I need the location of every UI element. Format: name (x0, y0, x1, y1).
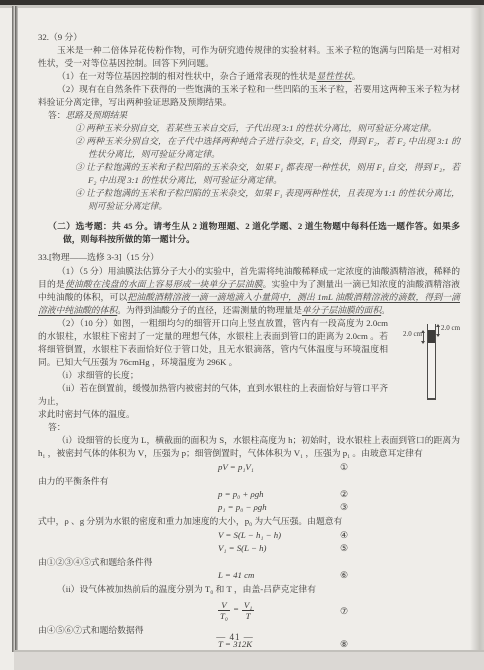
equation-3-expr: p₁ = p₀ − ρgh (218, 502, 267, 512)
q33-rho-text: 式中，ρ 、g 分别为水银的密度和重力加速度的大小，p₀ 为大气压强。由题意有 (38, 515, 460, 528)
mercury-column (428, 330, 435, 343)
equation-6-expr: L = 41 cm (218, 570, 254, 580)
item-3-number: ③ (75, 162, 84, 172)
item-1-number: ① (75, 123, 84, 133)
equation-4-expr: V = S(L − h₁ − h) (218, 530, 281, 540)
q32-part1-answer-blank: 显性性状 (317, 71, 352, 81)
book-spine-shadow (12, 6, 18, 652)
q33-solution-i: （i）设细管的长度为 L，横截面的面积为 S，水银柱高度为 h；初始时，设水银柱… (38, 434, 460, 460)
q33-solution-ii: （ii）设气体被加热前后的温度分别为 T₀ 和 T ，由盖-吕萨克定律有 (38, 583, 460, 596)
mercury-measure-arrow (423, 331, 424, 343)
tube-figure: 2.0 cm 2.0 cm (396, 317, 460, 403)
item-2-text: 两种玉米分别自交，在子代中选择两种纯合子进行杂交，F₁ 自交，得到 F₂，若 F… (86, 136, 460, 159)
q32-intro: 玉米是一种二倍体异花传粉作物，可作为研究遗传规律的实验材料。玉米子粒的饱满与凹陷… (38, 44, 460, 70)
q32-answer-title: 思路及预期结果 (66, 110, 128, 120)
q32-part1-text: （1）在一对等位基因控制的相对性状中，杂合子通常表现的性状是 (57, 71, 317, 81)
equation-5-expr: V₁ = S(L − h) (218, 543, 267, 553)
q33-part1: （1）（5 分）用油膜法估算分子大小的实验中，首先需将纯油酸稀释成一定浓度的油酸… (38, 265, 460, 317)
equation-3-number: ③ (340, 502, 348, 514)
fraction-right: V₁T (242, 600, 254, 621)
item-4-text: 让子粒饱满的玉米和子粒凹陷的玉米杂交，如果 F₁ 表现两种性状，且表现为 1:1… (86, 188, 460, 211)
mercury-height-label: 2.0 cm (403, 330, 422, 338)
item-4-number: ④ (75, 188, 84, 198)
q33-sub-ii-line2: 求此时密封气体的温度。 (38, 408, 460, 421)
fraction-right-numerator: V₁ (242, 600, 254, 610)
equation-2-number: ② (340, 489, 348, 501)
fraction-left-numerator: V (218, 600, 230, 610)
equation-1: pV = p₁V₁① (38, 462, 460, 474)
equation-5: V₁ = S(L − h)⑤ (38, 543, 460, 555)
q32-answer-head: 答：思路及预期结果 (38, 109, 460, 122)
q33-part1-period: 。 (381, 305, 390, 315)
scan-top-shadow (0, 5, 484, 8)
page-content: 32.（9 分） 玉米是一种二倍体异花传粉作物，可作为研究遗传规律的实验材料。玉… (38, 31, 460, 652)
equation-6: L = 41 cm⑥ (38, 570, 460, 582)
fraction-left: VT₀ (218, 600, 230, 621)
q33-part2-block: 2.0 cm 2.0 cm （2）（10 分）如图，一粗细均匀的细管开口向上竖直… (38, 317, 460, 421)
q32-part1: （1）在一对等位基因控制的相对性状中，杂合子通常表现的性状是显性性状。 (38, 70, 460, 83)
page-number: — 41 — (0, 632, 470, 642)
q32-part2: （2）现有在自然条件下获得的一些饱满的玉米子粒和一些凹陷的玉米子粒，若要用这两种… (38, 83, 460, 109)
q32-part1-period: 。 (352, 71, 361, 81)
q33-part1-answer-1: 使油酸在浅盘的水面上容易形成一块单分子层油膜 (65, 279, 263, 289)
q32-answer-item-1: ① 两种玉米分别自交，若某些玉米自交后，子代出现 3:1 的性状分离比，则可验证… (38, 122, 460, 135)
equation-3: p₁ = p₀ − ρgh③ (38, 502, 460, 514)
page-right-edge (470, 6, 484, 652)
q32-answer-item-2: ② 两种玉米分别自交，在子代中选择两种纯合子进行杂交，F₁ 自交，得到 F₂，若… (38, 135, 460, 161)
gap-measure-arrow (438, 325, 439, 336)
q32-answer-label: 答： (48, 110, 66, 120)
q32-answer-item-3: ③ 让子粒饱满的玉米和子粒凹陷的玉米杂交，如果 F₁ 都表现一种性状，则用 F₁… (38, 161, 460, 187)
section2-instructions: （二）选考题：共 45 分。请考生从 2 道物理题、2 道化学题、2 道生物题中… (38, 220, 460, 246)
equation-7: VT₀=V₁T ⑦ (38, 598, 460, 623)
q32-answer-item-4: ④ 让子粒饱满的玉米和子粒凹陷的玉米杂交，如果 F₁ 表现两种性状，且表现为 1… (38, 187, 460, 213)
equals-sign: = (230, 604, 242, 616)
gap-height-label: 2.0 cm (441, 324, 460, 332)
equation-2: p = p₀ + ρgh② (38, 489, 460, 501)
q32-heading: 32.（9 分） (38, 31, 460, 44)
item-1-text: 两种玉米分别自交，若某些玉米自交后，子代出现 3:1 的性状分离比，则可验证分离… (86, 123, 436, 133)
equation-4: V = S(L − h₁ − h)④ (38, 530, 460, 542)
scanned-exam-page: 32.（9 分） 玉米是一种二倍体异花传粉作物，可作为研究遗传规律的实验材料。玉… (0, 0, 484, 670)
q33-part1-answer-3: 单分子层油膜的面积 (302, 305, 381, 315)
fraction-right-denominator: T (242, 610, 254, 621)
equation-1-number: ① (340, 462, 348, 474)
equation-1-expr: pV = p₁V₁ (218, 462, 254, 472)
q33-balance-text: 由力的平衡条件有 (38, 475, 460, 488)
equation-5-number: ⑤ (340, 543, 348, 555)
q33-answer-label: 答： (38, 421, 460, 434)
equation-6-number: ⑥ (340, 570, 348, 582)
fraction-left-denominator: T₀ (218, 610, 230, 621)
item-3-text: 让子粒饱满的玉米和子粒凹陷的玉米杂交，如果 F₁ 都表现一种性状，则用 F₁ 自… (86, 162, 460, 185)
equation-7-number: ⑦ (340, 606, 348, 618)
page-bottom-edge (14, 650, 484, 670)
q33-combine1-text: 由①②③④⑤式和题给条件得 (38, 556, 460, 569)
equation-4-number: ④ (340, 530, 348, 542)
q33-heading: 33.[物理——选修 3-3]（15 分） (38, 251, 460, 264)
equation-2-expr: p = p₀ + ρgh (218, 489, 264, 499)
item-2-number: ② (75, 136, 84, 146)
q33-part1-mid-2: 。为得到油酸分子的直径，还需测量的物理量是 (117, 305, 302, 315)
